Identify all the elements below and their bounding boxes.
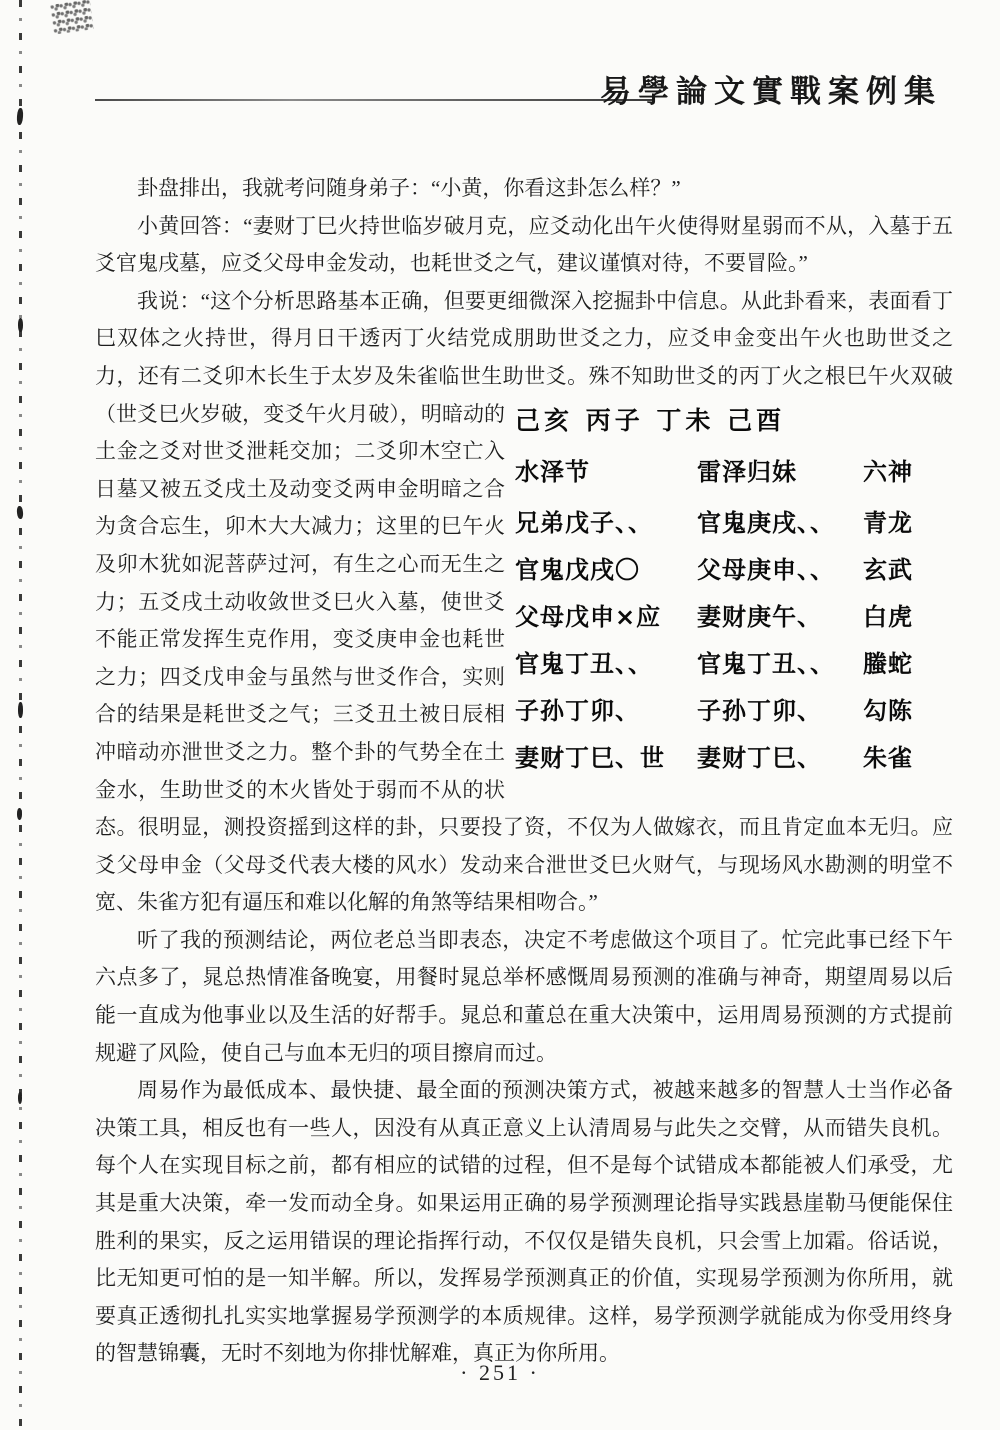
hexagram-cell: 妻财丁巳、世	[515, 738, 697, 778]
hexagram-row: 官鬼丁丑、、官鬼丁丑、、螣蛇	[515, 644, 953, 684]
hexagram-cell: 妻财丁巳、	[697, 738, 863, 778]
paragraph-xiaohuang-answer: 小黄回答：“妻财丁巳火持世临岁破月克，应爻动化出午火使得财星弱而不从，入墓于五爻…	[95, 208, 953, 283]
paragraph-conclusion: 听了我的预测结论，两位老总当即表态，决定不考虑做这个项目了。忙完此事已经下午六点…	[95, 922, 953, 1072]
hexagram-cell: 勾陈	[863, 691, 953, 731]
hexagram-cell: 妻财庚午、	[697, 597, 863, 637]
hexagram-cell: 父母庚申、、	[697, 550, 863, 590]
page-number: · 251 ·	[0, 1360, 1000, 1386]
paragraph-text: 卦盘排出，我就考问随身弟子：“小黄，你看这卦怎么样？”	[137, 176, 681, 200]
paragraph-analysis: 我说：“这个分析思路基本正确，但要更细微深入挖掘卦中信息。从此卦看来，表面看丁巳…	[95, 283, 953, 922]
hexagram-row: 兄弟戊子、、官鬼庚戌、、青龙	[515, 503, 953, 543]
hexagram-cell: 白虎	[863, 597, 953, 637]
page-title: 易學論文實戰案例集	[600, 66, 942, 111]
hexagram-row: 妻财丁巳、世妻财丁巳、朱雀	[515, 738, 953, 778]
hexagram-row: 官鬼戊戌〇父母庚申、、玄武	[515, 550, 953, 590]
page-body: 卦盘排出，我就考问随身弟子：“小黄，你看这卦怎么样？” 小黄回答：“妻财丁巳火持…	[95, 170, 953, 1373]
scan-ink-blob	[17, 808, 22, 820]
hexagram-table: 己亥 丙子 丁未 己酉水泽节雷泽归妹六神兄弟戊子、、官鬼庚戌、、青龙官鬼戊戌〇父…	[505, 396, 953, 809]
hexagram-cell: 兄弟戊子、、	[515, 503, 697, 543]
hexagram-cell: 朱雀	[863, 738, 953, 778]
hexagram-cell: 子孙丁卯、	[697, 691, 863, 731]
header-rule	[95, 99, 655, 101]
paragraph-text: 听了我的预测结论，两位老总当即表态，决定不考虑做这个项目了。忙完此事已经下午六点…	[95, 928, 953, 1065]
hexagram-row: 父母戊申×应妻财庚午、白虎	[515, 597, 953, 637]
scan-ink-blob	[18, 1092, 22, 1104]
scan-ink-blob	[16, 506, 23, 519]
hexagram-row: 子孙丁卯、子孙丁卯、勾陈	[515, 691, 953, 731]
hexagram-cell: 官鬼丁丑、、	[515, 644, 697, 684]
hexagram-cell: 官鬼丁丑、、	[697, 644, 863, 684]
paragraph-question: 卦盘排出，我就考问随身弟子：“小黄，你看这卦怎么样？”	[95, 170, 953, 208]
paragraph-summary: 周易作为最低成本、最快捷、最全面的预测决策方式，被越来越多的智慧人士当作必备决策…	[95, 1072, 953, 1373]
hexagram-table-header: 水泽节雷泽归妹六神	[515, 452, 953, 492]
column-header-changed-hexagram: 雷泽归妹	[697, 452, 863, 492]
hexagram-cell: 官鬼戊戌〇	[515, 550, 697, 590]
paragraph-text: 小黄回答：“妻财丁巳火持世临岁破月克，应爻动化出午火使得财星弱而不从，入墓于五爻…	[95, 214, 953, 276]
column-header-six-gods: 六神	[863, 452, 953, 492]
paragraph-text: 周易作为最低成本、最快捷、最全面的预测决策方式，被越来越多的智慧人士当作必备决策…	[95, 1078, 953, 1365]
scan-ink-blob	[18, 318, 23, 332]
date-pillars: 己亥 丙子 丁未 己酉	[515, 400, 953, 442]
hexagram-cell: 父母戊申×应	[515, 597, 697, 637]
paragraph-text-before-table: 我说：“这个分析思路基本正确，但要更细微深入挖掘卦中信息。从此卦看来，表面看丁巳…	[95, 289, 953, 388]
scan-ink-blob	[16, 108, 23, 125]
hexagram-cell: 螣蛇	[863, 644, 953, 684]
hexagram-cell: 青龙	[863, 503, 953, 543]
column-header-main-hexagram: 水泽节	[515, 452, 697, 492]
scan-ink-blob	[18, 702, 23, 718]
hexagram-cell: 子孙丁卯、	[515, 691, 697, 731]
hexagram-cell: 官鬼庚戌、、	[697, 503, 863, 543]
hexagram-cell: 玄武	[863, 550, 953, 590]
scanned-book-page: { "header": { "title": "易學論文實戰案例集" }, "p…	[0, 0, 1000, 1430]
scan-corner-noise	[50, 0, 94, 35]
